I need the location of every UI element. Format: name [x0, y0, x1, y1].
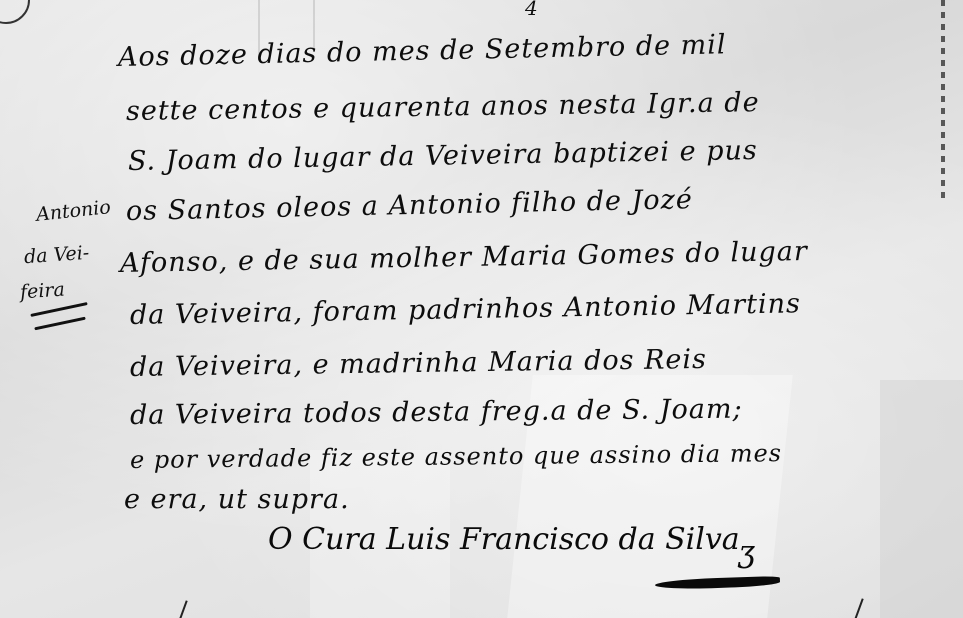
record-line: da Veiveira todos desta freg.a de S. Joa… [130, 394, 743, 431]
margin-underline [30, 302, 87, 317]
margin-underline [34, 317, 85, 331]
record-line: os Santos oleos a Antonio filho de Jozé [126, 184, 693, 227]
record-line: sette centos e quarenta anos nesta Igr.a… [126, 87, 760, 127]
record-line: S. Joam do lugar da Veiveira baptizei e … [128, 135, 758, 177]
record-line: da Veiveira, foram padrinhos Antonio Mar… [130, 288, 801, 331]
document-page: 4 Antonio da Vei- feira Aos doze dias do… [0, 0, 963, 618]
record-line: Aos doze dias do mes de Setembro de mil [118, 29, 727, 73]
record-line: e era, ut supra. [124, 484, 350, 515]
corner-flourish-icon [0, 0, 30, 24]
page-edge-binding [941, 0, 945, 200]
page-mark: 4 [525, 0, 538, 20]
margin-note-line: feira [19, 278, 65, 303]
signature-flourish-icon: ʒ [738, 535, 755, 570]
record-line: Afonso, e de sua molher Maria Gomes do l… [120, 236, 808, 279]
margin-note-line: Antonio [35, 196, 112, 226]
priest-signature: O Cura Luis Francisco da Silva [268, 522, 740, 557]
bleed-through-mark [880, 380, 963, 618]
ink-stroke [854, 598, 863, 618]
margin-note-line: da Vei- [23, 242, 90, 268]
ink-stroke [178, 600, 187, 618]
